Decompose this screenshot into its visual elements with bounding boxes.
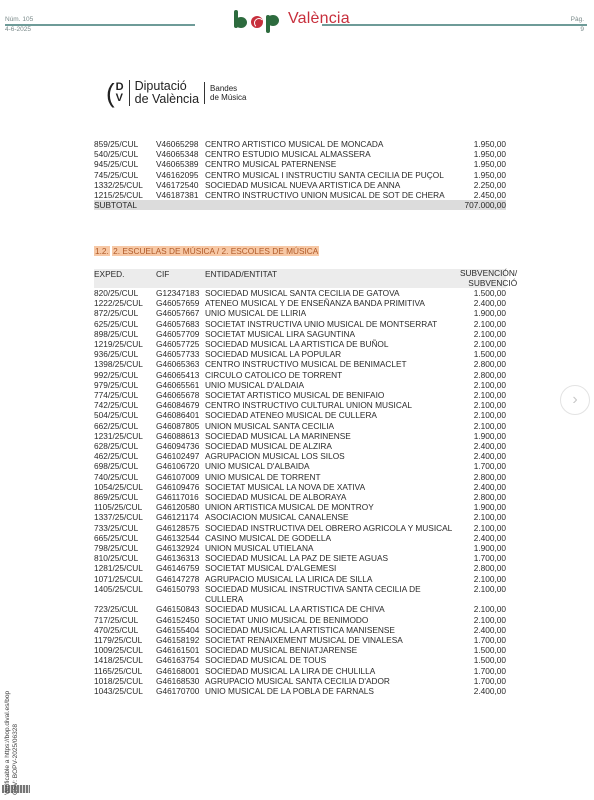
cell-amount: 1.900,00 <box>460 308 506 318</box>
cell-cif: G46150843 <box>156 604 205 614</box>
cell-cif: G46121174 <box>156 512 205 522</box>
cell-cif: V46065348 <box>156 149 205 159</box>
table-row: 1337/25/CULG46121174ASOCIACION MUSICAL C… <box>94 512 506 522</box>
cell-entity: SOCIETAT MUSICAL LA NOVA DE XATIVA <box>205 482 460 492</box>
cell-cif: G46128575 <box>156 523 205 533</box>
table-row: 742/25/CULG46084679CENTRO INSTRUCTIVO CU… <box>94 400 506 410</box>
cell-exped: 820/25/CUL <box>94 288 156 298</box>
institution-name: Diputació de València <box>135 80 199 106</box>
cell-cif: G46086401 <box>156 410 205 420</box>
cell-amount: 2.100,00 <box>460 319 506 329</box>
cell-amount: 1.500,00 <box>460 655 506 665</box>
cell-exped: 1418/25/CUL <box>94 655 156 665</box>
cell-exped: 1332/25/CUL <box>94 180 156 190</box>
cell-amount: 2.100,00 <box>460 421 506 431</box>
cell-cif: G46102497 <box>156 451 205 461</box>
table-row: 1405/25/CULG46150793SOCIEDAD MUSICAL INS… <box>94 584 506 604</box>
col-exped: EXPED. <box>94 269 156 288</box>
cell-entity: UNION MUSICAL SANTA CECILIA <box>205 421 460 431</box>
cell-entity: SOCIEDAD MUSICAL LA MARINENSE <box>205 431 460 441</box>
col-amount: SUBVENCIÓN/ SUBVENCIÓ <box>460 269 517 288</box>
table-row: 540/25/CULV46065348CENTRO ESTUDIO MUSICA… <box>94 149 506 159</box>
cell-exped: 992/25/CUL <box>94 370 156 380</box>
cell-entity: SOCIEDAD MUSICAL LA LIRA DE CHULILLA <box>205 666 460 676</box>
col-entity: ENTIDAD/ENTITAT <box>205 269 460 288</box>
cell-entity: ATENEO MUSICAL Y DE ENSEÑANZA BANDA PRIM… <box>205 298 460 308</box>
page-number: 9 <box>571 25 584 35</box>
table-row: 820/25/CULG12347183SOCIEDAD MUSICAL SANT… <box>94 288 506 298</box>
table-row: 1231/25/CULG46088613SOCIEDAD MUSICAL LA … <box>94 431 506 441</box>
cell-cif: V46162095 <box>156 170 205 180</box>
cell-exped: 1398/25/CUL <box>94 359 156 369</box>
cell-exped: 625/25/CUL <box>94 319 156 329</box>
cell-cif: G46057709 <box>156 329 205 339</box>
cell-amount: 2.400,00 <box>460 482 506 492</box>
cell-amount: 1.900,00 <box>460 502 506 512</box>
table-row: 745/25/CULV46162095CENTRO MUSICAL I INST… <box>94 170 506 180</box>
cell-cif: G46132544 <box>156 533 205 543</box>
cell-cif: G46152450 <box>156 615 205 625</box>
cell-entity: SOCIEDAD MUSICAL LA ARTISTICA DE BUÑOL <box>205 339 460 349</box>
cell-cif: G46132924 <box>156 543 205 553</box>
subtotal-row: SUBTOTAL 707.000,00 <box>94 200 506 210</box>
cell-exped: 810/25/CUL <box>94 553 156 563</box>
cell-exped: 723/25/CUL <box>94 604 156 614</box>
cell-exped: 698/25/CUL <box>94 461 156 471</box>
cell-entity: SOCIETAT MUSICAL D'ALGEMESI <box>205 563 460 573</box>
table-row: 504/25/CULG46086401SOCIEDAD ATENEO MUSIC… <box>94 410 506 420</box>
cell-entity: SOCIEDAD MUSICAL DE ALBORAYA <box>205 492 460 502</box>
cell-amount: 2.100,00 <box>460 339 506 349</box>
table-row: 1281/25/CULG46146759SOCIETAT MUSICAL D'A… <box>94 563 506 573</box>
cell-amount: 2.100,00 <box>460 512 506 522</box>
cell-amount: 1.950,00 <box>460 149 506 159</box>
cell-cif: G46088613 <box>156 431 205 441</box>
section-number: 1.2. <box>94 246 110 256</box>
cell-entity: AGRUPACIO MUSICAL SANTA CECILIA D'ADOR <box>205 676 460 686</box>
table-row: 1105/25/CULG46120580UNION ARTISTICA MUSI… <box>94 502 506 512</box>
cell-entity: SOCIEDAD MUSICAL INSTRUCTIVA SANTA CECIL… <box>205 584 460 604</box>
cell-amount: 2.800,00 <box>460 492 506 502</box>
cell-amount: 1.500,00 <box>460 645 506 655</box>
table-row: 1071/25/CULG46147278AGRUPACIO MUSICAL LA… <box>94 574 506 584</box>
cell-amount: 1.950,00 <box>460 159 506 169</box>
cell-entity: SOCIEDAD MUSICAL LA ARTISTICA MANISENSE <box>205 625 460 635</box>
cell-amount: 1.900,00 <box>460 431 506 441</box>
cell-cif: G46168001 <box>156 666 205 676</box>
cell-cif: G46109476 <box>156 482 205 492</box>
cell-entity: SOCIEDAD MUSICAL SANTA CECILIA DE GATOVA <box>205 288 460 298</box>
cell-cif: G46117016 <box>156 492 205 502</box>
institution-logo: ( D V Diputació de València Bandes de Mú… <box>106 80 247 106</box>
table-row: 717/25/CULG46152450SOCIETAT UNIO MUSICAL… <box>94 615 506 625</box>
table-row: 723/25/CULG46150843SOCIEDAD MUSICAL LA A… <box>94 604 506 614</box>
table-top: 859/25/CULV46065298CENTRO ARTISTICO MUSI… <box>94 139 506 210</box>
cell-amount: 2.100,00 <box>460 615 506 625</box>
cell-cif: G46057683 <box>156 319 205 329</box>
page-label: Pàg. <box>571 15 584 25</box>
cell-amount: 2.800,00 <box>460 472 506 482</box>
cell-entity: AGRUPACIO MUSICAL LA LIRICA DE SILLA <box>205 574 460 584</box>
table-row: 1418/25/CULG46163754SOCIEDAD MUSICAL DE … <box>94 655 506 665</box>
cell-entity: CENTRO INSTRUCTIVO UNION MUSICAL DE SOT … <box>205 190 460 200</box>
cell-amount: 2.100,00 <box>460 390 506 400</box>
cell-amount: 1.700,00 <box>460 635 506 645</box>
cell-cif: G46094736 <box>156 441 205 451</box>
cell-cif: V46065389 <box>156 159 205 169</box>
cell-cif: V46187381 <box>156 190 205 200</box>
cell-cif: G46065678 <box>156 390 205 400</box>
table-row: 798/25/CULG46132924UNION MUSICAL UTIELAN… <box>94 543 506 553</box>
cell-cif: G46168530 <box>156 676 205 686</box>
table-row: 733/25/CULG46128575SOCIEDAD INSTRUCTIVA … <box>94 523 506 533</box>
cell-amount: 2.100,00 <box>460 574 506 584</box>
cell-exped: 1231/25/CUL <box>94 431 156 441</box>
cell-exped: 662/25/CUL <box>94 421 156 431</box>
cell-entity: CENTRO ARTISTICO MUSICAL DE MONCADA <box>205 139 460 149</box>
cell-amount: 2.450,00 <box>460 190 506 200</box>
table-row: 936/25/CULG46057733SOCIEDAD MUSICAL LA P… <box>94 349 506 359</box>
cell-exped: 1009/25/CUL <box>94 645 156 655</box>
cell-exped: 1219/25/CUL <box>94 339 156 349</box>
table-row: 872/25/CULG46057667UNIO MUSICAL DE LLIRI… <box>94 308 506 318</box>
cell-exped: 1405/25/CUL <box>94 584 156 604</box>
cell-exped: 1043/25/CUL <box>94 686 156 696</box>
cell-amount: 2.800,00 <box>460 563 506 573</box>
cell-entity: SOCIEDAD MUSICAL LA PAZ DE SIETE AGUAS <box>205 553 460 563</box>
cell-entity: SOCIETAT RENAIXEMENT MUSICAL DE VINALESA <box>205 635 460 645</box>
cell-entity: AGRUPACION MUSICAL LOS SILOS <box>205 451 460 461</box>
cell-amount: 1.950,00 <box>460 170 506 180</box>
cell-amount: 1.700,00 <box>460 676 506 686</box>
cell-entity: SOCIEDAD MUSICAL LA ARTISTICA DE CHIVA <box>205 604 460 614</box>
cell-entity: UNIO MUSICAL DE LA POBLA DE FARNALS <box>205 686 460 696</box>
cell-cif: G46057659 <box>156 298 205 308</box>
table-row: 470/25/CULG46155404SOCIEDAD MUSICAL LA A… <box>94 625 506 635</box>
cell-entity: UNIO MUSICAL DE TORRENT <box>205 472 460 482</box>
table-row: 628/25/CULG46094736SOCIEDAD MUSICAL DE A… <box>94 441 506 451</box>
header-rule-right <box>322 24 587 26</box>
table-row: 698/25/CULG46106720UNIO MUSICAL D'ALBAID… <box>94 461 506 471</box>
department-name: Bandes de Música <box>210 84 246 102</box>
page-info: Pàg. 9 <box>571 15 584 35</box>
bop-logo-icon <box>234 10 280 28</box>
table-row: 1018/25/CULG46168530AGRUPACIO MUSICAL SA… <box>94 676 506 686</box>
cell-amount: 2.100,00 <box>460 410 506 420</box>
cell-exped: 1215/25/CUL <box>94 190 156 200</box>
cell-cif: G12347183 <box>156 288 205 298</box>
cell-cif: G46065413 <box>156 370 205 380</box>
section-title: 2. ESCUELAS DE MÚSICA / 2. ESCOLES DE MÚ… <box>112 246 319 256</box>
cell-exped: 1071/25/CUL <box>94 574 156 584</box>
cell-amount: 2.400,00 <box>460 533 506 543</box>
cell-amount: 2.400,00 <box>460 441 506 451</box>
cell-cif: G46107009 <box>156 472 205 482</box>
cell-amount: 2.800,00 <box>460 359 506 369</box>
cell-entity: CENTRO MUSICAL PATERNENSE <box>205 159 460 169</box>
logo-divider <box>129 80 130 106</box>
cell-exped: 717/25/CUL <box>94 615 156 625</box>
cell-exped: 859/25/CUL <box>94 139 156 149</box>
cell-exped: 869/25/CUL <box>94 492 156 502</box>
cell-exped: 872/25/CUL <box>94 308 156 318</box>
cell-exped: 945/25/CUL <box>94 159 156 169</box>
cell-exped: 745/25/CUL <box>94 170 156 180</box>
cell-entity: UNION MUSICAL UTIELANA <box>205 543 460 553</box>
cell-exped: 1281/25/CUL <box>94 563 156 573</box>
table-row: 1179/25/CULG46158192SOCIETAT RENAIXEMENT… <box>94 635 506 645</box>
cell-entity: CIRCULO CATOLICO DE TORRENT <box>205 370 460 380</box>
cell-entity: SOCIEDAD MUSICAL BENIATJARENSE <box>205 645 460 655</box>
cell-entity: ASOCIACION MUSICAL CANALENSE <box>205 512 460 522</box>
cell-entity: SOCIETAT UNIO MUSICAL DE BENIMODO <box>205 615 460 625</box>
cell-entity: SOCIETAT INSTRUCTIVA UNIO MUSICAL DE MON… <box>205 319 460 329</box>
cell-exped: 774/25/CUL <box>94 390 156 400</box>
cell-cif: G46065363 <box>156 359 205 369</box>
section-heading: 1.2. 2. ESCUELAS DE MÚSICA / 2. ESCOLES … <box>94 246 319 256</box>
table-row: 869/25/CULG46117016SOCIEDAD MUSICAL DE A… <box>94 492 506 502</box>
cell-amount: 1.700,00 <box>460 553 506 563</box>
cell-amount: 2.800,00 <box>460 370 506 380</box>
cell-amount: 2.400,00 <box>460 451 506 461</box>
cell-cif: G46065561 <box>156 380 205 390</box>
cell-exped: 1165/25/CUL <box>94 666 156 676</box>
cell-exped: 470/25/CUL <box>94 625 156 635</box>
next-page-button[interactable]: › <box>560 385 590 415</box>
cell-exped: 628/25/CUL <box>94 441 156 451</box>
chevron-right-icon: › <box>572 391 577 409</box>
cell-amount: 1.700,00 <box>460 666 506 676</box>
cell-exped: 798/25/CUL <box>94 543 156 553</box>
table-row: 1054/25/CULG46109476SOCIETAT MUSICAL LA … <box>94 482 506 492</box>
cell-amount: 2.400,00 <box>460 686 506 696</box>
cell-cif: G46136313 <box>156 553 205 563</box>
cell-cif: G46150793 <box>156 584 205 604</box>
cell-cif: G46155404 <box>156 625 205 635</box>
cell-amount: 1.900,00 <box>460 543 506 553</box>
cell-amount: 2.100,00 <box>460 584 506 604</box>
subtotal-amount: 707.000,00 <box>460 200 506 210</box>
cell-entity: SOCIEDAD MUSICAL DE TOUS <box>205 655 460 665</box>
cell-entity: SOCIEDAD MUSICAL DE ALZIRA <box>205 441 460 451</box>
table-row: 1009/25/CULG46161501SOCIEDAD MUSICAL BEN… <box>94 645 506 655</box>
cell-cif: G46057667 <box>156 308 205 318</box>
cell-amount: 2.250,00 <box>460 180 506 190</box>
cell-exped: 1054/25/CUL <box>94 482 156 492</box>
cell-amount: 2.100,00 <box>460 329 506 339</box>
cell-entity: CENTRO MUSICAL I INSTRUCTIU SANTA CECILI… <box>205 170 460 180</box>
cell-amount: 1.700,00 <box>460 461 506 471</box>
cell-entity: SOCIETAT ARTISTICO MUSICAL DE BENIFAIO <box>205 390 460 400</box>
cell-exped: 1105/25/CUL <box>94 502 156 512</box>
cell-amount: 2.400,00 <box>460 625 506 635</box>
table-row: 979/25/CULG46065561UNIO MUSICAL D'ALDAIA… <box>94 380 506 390</box>
cell-cif: G46084679 <box>156 400 205 410</box>
cell-entity: CENTRO INSTRUCTIVO CULTURAL UNION MUSICA… <box>205 400 460 410</box>
cell-entity: UNIO MUSICAL D'ALDAIA <box>205 380 460 390</box>
header-rule-left <box>5 24 195 26</box>
cell-entity: CENTRO INSTRUCTIVO MUSICAL DE BENIMACLET <box>205 359 460 369</box>
cell-cif: G46087805 <box>156 421 205 431</box>
verification-note: Verificable a https://bop.dival.es/bop C… <box>4 691 20 795</box>
cell-exped: 540/25/CUL <box>94 149 156 159</box>
cell-amount: 1.500,00 <box>460 349 506 359</box>
cell-exped: 898/25/CUL <box>94 329 156 339</box>
table-row: 810/25/CULG46136313SOCIEDAD MUSICAL LA P… <box>94 553 506 563</box>
cell-entity: SOCIEDAD MUSICAL NUEVA ARTISTICA DE ANNA <box>205 180 460 190</box>
table-row: 1165/25/CULG46168001SOCIEDAD MUSICAL LA … <box>94 666 506 676</box>
cell-amount: 2.400,00 <box>460 298 506 308</box>
cell-cif: G46158192 <box>156 635 205 645</box>
table-row: 462/25/CULG46102497AGRUPACION MUSICAL LO… <box>94 451 506 461</box>
cell-amount: 1.500,00 <box>460 288 506 298</box>
table-row: 1215/25/CULV46187381CENTRO INSTRUCTIVO U… <box>94 190 506 200</box>
table-row: 1398/25/CULG46065363CENTRO INSTRUCTIVO M… <box>94 359 506 369</box>
table-row: 898/25/CULG46057709SOCIETAT MUSICAL LIRA… <box>94 329 506 339</box>
table-row: 625/25/CULG46057683SOCIETAT INSTRUCTIVA … <box>94 319 506 329</box>
cell-entity: CASINO MUSICAL DE GODELLA <box>205 533 460 543</box>
cell-exped: 1222/25/CUL <box>94 298 156 308</box>
table-row: 945/25/CULV46065389CENTRO MUSICAL PATERN… <box>94 159 506 169</box>
table-row: 1332/25/CULV46172540SOCIEDAD MUSICAL NUE… <box>94 180 506 190</box>
cell-cif: G46170700 <box>156 686 205 696</box>
cell-cif: G46120580 <box>156 502 205 512</box>
cell-exped: 742/25/CUL <box>94 400 156 410</box>
table-main: EXPED. CIF ENTIDAD/ENTITAT SUBVENCIÓN/ S… <box>94 269 506 696</box>
table-row: 1222/25/CULG46057659ATENEO MUSICAL Y DE … <box>94 298 506 308</box>
cell-cif: V46065298 <box>156 139 205 149</box>
cell-exped: 1018/25/CUL <box>94 676 156 686</box>
col-cif: CIF <box>156 269 205 288</box>
cell-exped: 740/25/CUL <box>94 472 156 482</box>
cell-exped: 462/25/CUL <box>94 451 156 461</box>
cell-entity: UNIO MUSICAL D'ALBAIDA <box>205 461 460 471</box>
cell-cif: G46161501 <box>156 645 205 655</box>
subtotal-label: SUBTOTAL <box>94 200 156 210</box>
cell-entity: CENTRO ESTUDIO MUSICAL ALMASSERA <box>205 149 460 159</box>
cell-exped: 936/25/CUL <box>94 349 156 359</box>
table-row: 859/25/CULV46065298CENTRO ARTISTICO MUSI… <box>94 139 506 149</box>
cell-cif: G46106720 <box>156 461 205 471</box>
table-row: 740/25/CULG46107009UNIO MUSICAL DE TORRE… <box>94 472 506 482</box>
cell-exped: 979/25/CUL <box>94 380 156 390</box>
table-row: 665/25/CULG46132544CASINO MUSICAL DE GOD… <box>94 533 506 543</box>
table-row: 1043/25/CULG46170700UNIO MUSICAL DE LA P… <box>94 686 506 696</box>
table-row: 992/25/CULG46065413CIRCULO CATOLICO DE T… <box>94 370 506 380</box>
cell-exped: 1179/25/CUL <box>94 635 156 645</box>
cell-amount: 2.100,00 <box>460 523 506 533</box>
cell-cif: G46057733 <box>156 349 205 359</box>
table-header: EXPED. CIF ENTIDAD/ENTITAT SUBVENCIÓN/ S… <box>94 269 506 288</box>
cell-entity: SOCIEDAD MUSICAL LA POPULAR <box>205 349 460 359</box>
cell-amount: 2.100,00 <box>460 400 506 410</box>
cell-exped: 733/25/CUL <box>94 523 156 533</box>
table-row: 1219/25/CULG46057725SOCIEDAD MUSICAL LA … <box>94 339 506 349</box>
cell-amount: 2.100,00 <box>460 604 506 614</box>
dv-logo-icon: ( D V <box>106 82 124 104</box>
cell-cif: V46172540 <box>156 180 205 190</box>
cell-entity: SOCIETAT MUSICAL LIRA SAGUNTINA <box>205 329 460 339</box>
cell-cif: G46146759 <box>156 563 205 573</box>
cell-amount: 2.100,00 <box>460 380 506 390</box>
cell-amount: 1.950,00 <box>460 139 506 149</box>
cell-exped: 504/25/CUL <box>94 410 156 420</box>
cell-entity: UNION ARTISTICA MUSICAL DE MONTROY <box>205 502 460 512</box>
cell-entity: SOCIEDAD INSTRUCTIVA DEL OBRERO AGRICOLA… <box>205 523 460 533</box>
table-row: 774/25/CULG46065678SOCIETAT ARTISTICO MU… <box>94 390 506 400</box>
cell-cif: G46147278 <box>156 574 205 584</box>
cell-entity: UNIO MUSICAL DE LLIRIA <box>205 308 460 318</box>
table-row: 662/25/CULG46087805UNION MUSICAL SANTA C… <box>94 421 506 431</box>
cell-cif: G46163754 <box>156 655 205 665</box>
issue-date: 4-6-2025 <box>5 25 33 35</box>
logo-divider <box>204 82 205 104</box>
cell-entity: SOCIEDAD ATENEO MUSICAL DE CULLERA <box>205 410 460 420</box>
cell-cif: G46057725 <box>156 339 205 349</box>
cell-exped: 1337/25/CUL <box>94 512 156 522</box>
cell-exped: 665/25/CUL <box>94 533 156 543</box>
